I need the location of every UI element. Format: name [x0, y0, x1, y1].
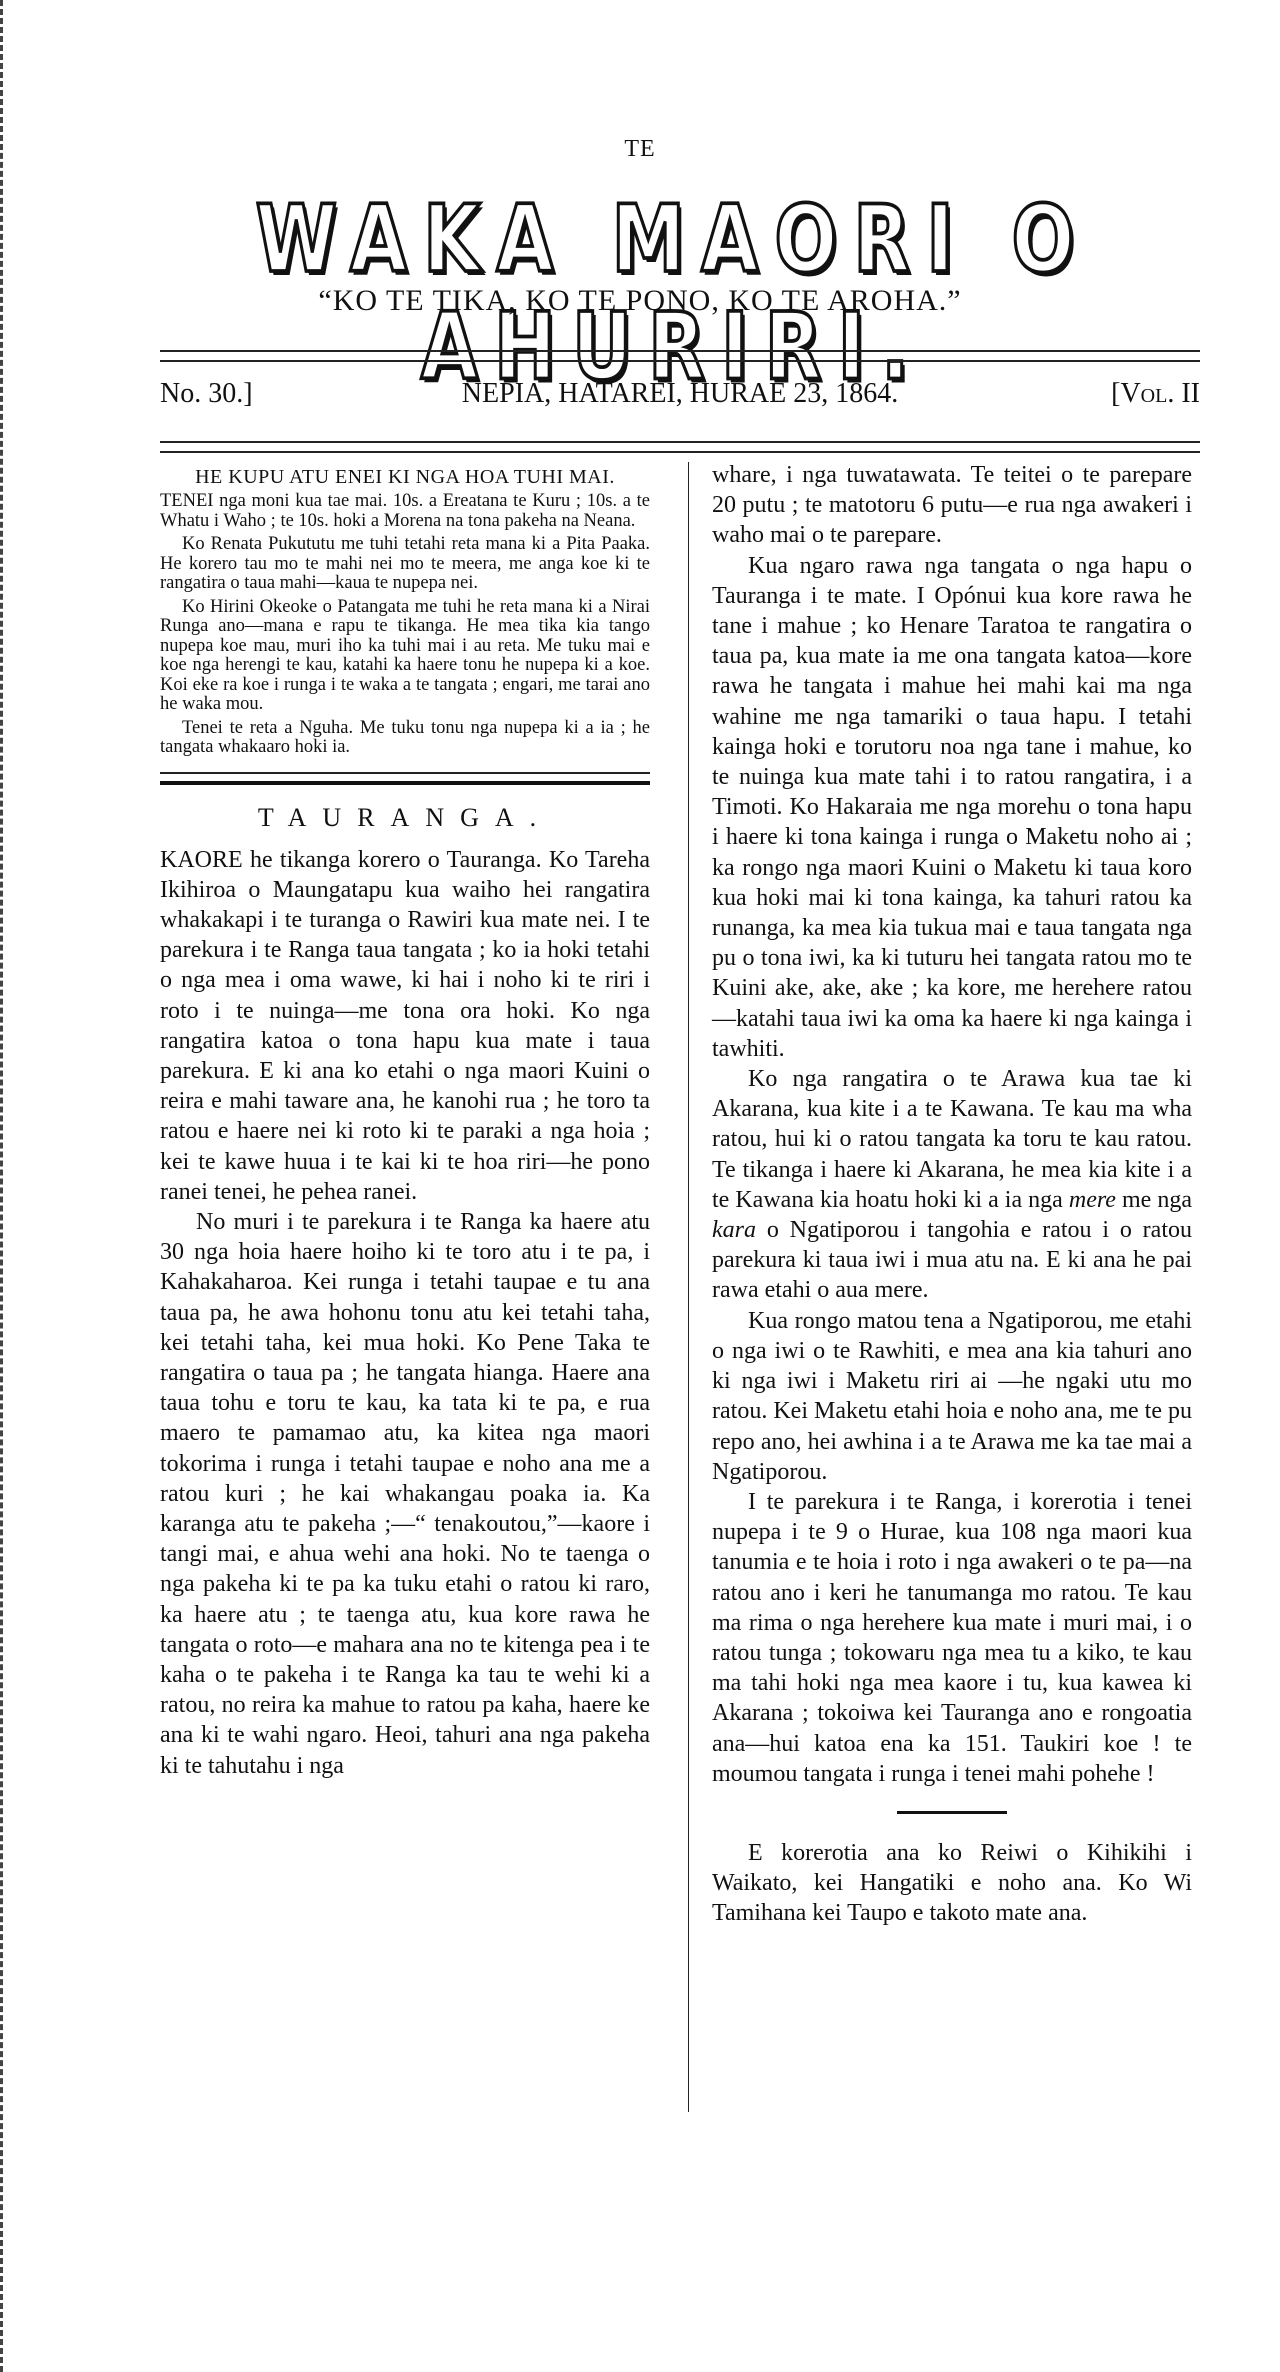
italic-mere: mere — [1069, 1187, 1116, 1213]
notice-paragraph: Ko Renata Pukututu me tuhi tetahi reta m… — [160, 535, 650, 594]
page-edge-border — [0, 0, 7, 2372]
article-paragraph: KAORE he tikanga korero o Tauranga. Ko T… — [160, 845, 650, 1207]
section-rule — [160, 772, 650, 785]
right-column: whare, i nga tuwatawata. Te teitei o te … — [712, 460, 1192, 1929]
article-paragraph-arawa: Ko nga rangatira o te Arawa kua tae ki A… — [712, 1064, 1192, 1306]
masthead-pre-title: TE — [0, 136, 1280, 163]
column-divider — [688, 462, 689, 2112]
article-paragraph: I te parekura i te Ranga, i korerotia i … — [712, 1487, 1192, 1789]
article-paragraph: Kua ngaro rawa nga tangata o nga hapu o … — [712, 551, 1192, 1064]
arawa-text-end: o Ngatiporou i tangohia e ratou i o rato… — [712, 1217, 1192, 1303]
masthead-motto: “KO TE TIKA, KO TE PONO, KO TE AROHA.” — [0, 284, 1280, 318]
notice-paragraph: TENEI nga moni kua tae mai. 10s. a Ereat… — [160, 492, 650, 531]
arawa-text-mid: me nga — [1116, 1187, 1192, 1213]
notice-section: HE KUPU ATU ENEI KI NGA HOA TUHI MAI. TE… — [160, 466, 650, 758]
brief-paragraph: E korerotia ana ko Reiwi o Kihikihi i Wa… — [712, 1838, 1192, 1929]
notice-heading: HE KUPU ATU ENEI KI NGA HOA TUHI MAI. — [160, 466, 650, 488]
article-paragraph: No muri i te parekura i te Ranga ka haer… — [160, 1207, 650, 1781]
dateline: No. 30.] NEPIA, HATAREI, HURAE 23, 1864.… — [160, 378, 1200, 414]
left-column: HE KUPU ATU ENEI KI NGA HOA TUHI MAI. TE… — [160, 466, 650, 1781]
notice-paragraph: Tenei te reta a Nguha. Me tuku tonu nga … — [160, 719, 650, 758]
article-heading: TAURANGA. — [160, 803, 650, 833]
italic-kara: kara — [712, 1217, 756, 1243]
double-rule-bottom — [160, 441, 1200, 453]
article-paragraph: whare, i nga tuwatawata. Te teitei o te … — [712, 460, 1192, 551]
notice-paragraph: Ko Hirini Okeoke o Patangata me tuhi he … — [160, 598, 650, 715]
place-and-date: NEPIA, HATAREI, HURAE 23, 1864. — [160, 378, 1200, 410]
short-separator-rule — [897, 1811, 1007, 1814]
article-paragraph: Kua rongo matou tena a Ngatiporou, me et… — [712, 1306, 1192, 1487]
double-rule-top — [160, 350, 1200, 362]
tauranga-article: TAURANGA. KAORE he tikanga korero o Taur… — [160, 803, 650, 1781]
volume-number: [Vol. II — [1111, 378, 1200, 410]
